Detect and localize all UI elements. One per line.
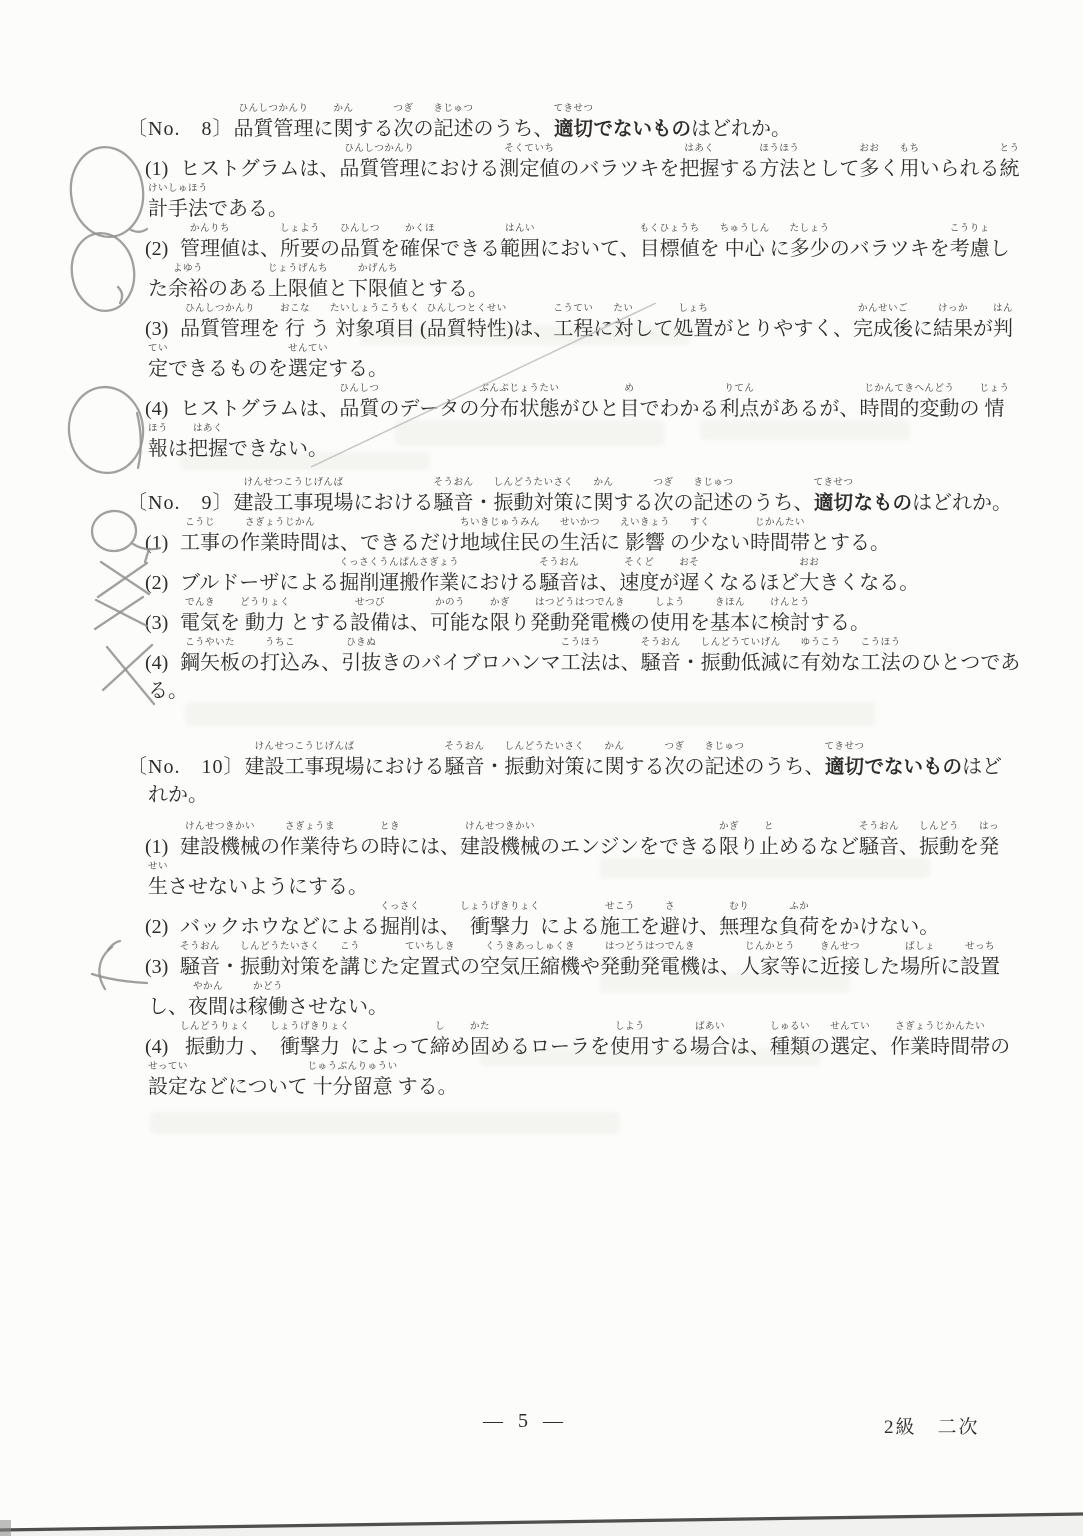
text-segment: に <box>770 236 790 263</box>
text-segment: によって <box>350 1034 430 1061</box>
text-segment: のデータの <box>379 396 479 423</box>
text-segment: の <box>670 530 690 557</box>
text-segment: する <box>614 490 654 517</box>
ruby-segment: けんせつきかい建設機械 <box>460 822 540 861</box>
question-no10-option-2-line-1: (2)バックホウなどによるくっさく掘削は、しょうげきりょく衝撃力によるせこう施工… <box>127 902 1057 942</box>
ruby-segment: はっ発 <box>979 822 999 861</box>
ruby-segment: じょうげんち上限値 <box>268 264 328 303</box>
text-segment: させない。 <box>288 994 388 1021</box>
text-segment: めるなど <box>779 834 859 861</box>
text-segment: る。 <box>148 678 188 705</box>
ruby-segment: ほう報 <box>148 424 168 463</box>
text-segment: である。 <box>208 196 288 223</box>
text-segment: の <box>810 1034 830 1061</box>
ruby-segment: くっさく掘削 <box>380 902 420 941</box>
question-no9-stem-text: けんせつこうじげんば建設工事現場におけるそうおん騒音・しんどうたいさく振動対策に… <box>233 478 1012 517</box>
text-segment: に <box>940 954 960 981</box>
question-no10-option-4-line-1: (4)しんどうりょく振動力、しょうげきりょく衝撃力によってし締めかた固めるローラ… <box>127 1022 1057 1062</box>
ruby-segment: はん判 <box>993 304 1013 343</box>
question-no10-option-4-line-2: せってい設定などについてじゅうぶんりゅうい十分留意する。 <box>127 1062 1057 1102</box>
ruby-segment: そうおん騒音 <box>433 478 473 517</box>
text-segment: があるが、 <box>759 396 859 423</box>
ruby-segment: はつどうはつでんき発動発電機 <box>600 942 700 981</box>
ruby-segment: こうじ工事 <box>180 518 220 557</box>
ruby-segment: じんかとう人家等 <box>740 942 800 981</box>
text-segment: として <box>799 156 859 183</box>
question-no8-option-2-line-2: たよゆう余裕のあるじょうげんち上限値とかげんち下限値とする。 <box>127 264 1057 304</box>
text-segment: に <box>584 754 604 781</box>
option-number: (4) <box>145 650 180 677</box>
question-no8-option-4-line-1: (4)ヒストグラムは、ひんしつ品質のデータのぶんぷじょうたい分布状態がひとめ目で… <box>127 384 1057 424</box>
text-segment: を <box>260 316 280 343</box>
ruby-segment: けっか結果 <box>933 304 973 343</box>
ruby-segment: すく少 <box>690 518 710 557</box>
text-segment: に <box>781 650 801 677</box>
ruby-segment: しんどうたいさく振動対策 <box>493 478 573 517</box>
ruby-segment: じょう情 <box>979 384 1009 423</box>
text-segment: を <box>700 236 720 263</box>
ruby-segment: おこな行 <box>280 304 310 343</box>
text-segment: させないようにする。 <box>168 874 368 901</box>
text-segment: の <box>220 530 240 557</box>
ruby-segment: はあく把握 <box>188 424 228 463</box>
text-segment: は、 <box>579 570 619 597</box>
question-no10: 〔No. 10〕けんせつこうじげんば建設工事現場におけるそうおん騒音・しんどうた… <box>127 742 1057 1102</box>
ruby-segment: ぶんぷじょうたい分布状態 <box>479 384 559 423</box>
question-no9-option-3-line-1: (3)でんき電気をどうりょく動力とするせつび設備は、かのう可能なかぎ限りはつどう… <box>127 598 1057 638</box>
option-number: (2) <box>145 914 180 941</box>
text-segment: めるローラを <box>490 1034 610 1061</box>
ruby-segment: しんどうたいさく振動対策 <box>240 942 320 981</box>
ruby-segment: とき時 <box>380 822 400 861</box>
text-segment: がひと <box>559 396 619 423</box>
ruby-segment: えいきょう影響 <box>620 518 670 557</box>
text-segment: な <box>841 650 861 677</box>
question-no8-label: 〔No. 8〕 <box>127 116 233 143</box>
text-segment: による <box>540 914 600 941</box>
text-segment: く <box>879 156 899 183</box>
ruby-segment: ばしょ場所 <box>900 942 940 981</box>
ruby-segment: かんせいご完成後 <box>853 304 913 343</box>
text-segment: は、 <box>390 610 430 637</box>
text-segment: のバラツキを <box>559 156 679 183</box>
text-segment: し <box>990 236 1010 263</box>
ruby-segment: しょうげきりょく衝撃力 <box>270 1022 350 1061</box>
text-segment: た <box>148 276 168 303</box>
option-number: (1) <box>145 834 180 861</box>
ruby-segment: しよう使用 <box>610 1022 650 1061</box>
text-segment: して <box>633 316 673 343</box>
option-number: (3) <box>145 954 180 981</box>
text-segment: する <box>625 754 665 781</box>
text-segment: う <box>310 316 330 343</box>
ruby-segment: ふか負荷 <box>779 902 819 941</box>
text-segment: を <box>380 236 400 263</box>
text-segment: は、 <box>240 236 280 263</box>
text-segment: じた <box>360 954 400 981</box>
ruby-segment: さぎょうま作業待 <box>280 822 340 861</box>
question-no10-stem-text: けんせつこうじげんば建設工事現場におけるそうおん騒音・しんどうたいさく振動対策に… <box>244 742 1002 781</box>
ruby-segment: そくど速度 <box>619 558 659 597</box>
text-segment: の <box>320 236 340 263</box>
ruby-segment: かげんち下限値 <box>348 264 408 303</box>
text-segment: における <box>364 754 444 781</box>
text-segment: の <box>959 396 979 423</box>
ruby-segment: しょち処置 <box>673 304 713 343</box>
text-segment: する <box>353 116 393 143</box>
ruby-segment: ゆうこう有効 <box>801 638 841 677</box>
ruby-segment: はんい範囲 <box>500 224 540 263</box>
ruby-segment: ひんしつかんり品質管理 <box>180 304 260 343</box>
ruby-segment: ひんしつ品質 <box>340 224 380 263</box>
text-segment: の <box>630 610 650 637</box>
text-segment: のうち、 <box>734 490 814 517</box>
page-number: — 5 — <box>483 1410 568 1433</box>
text-segment: ブルドーザによる <box>180 570 339 597</box>
text-segment: でわかる <box>639 396 719 423</box>
text-segment: に <box>600 530 620 557</box>
text-segment: め <box>450 1034 470 1061</box>
question-no9-option-2-line-1: (2)ブルドーザによるくっさくうんぱんさぎょう掘削運搬作業におけるそうおん騒音は… <box>127 558 1057 598</box>
question-no8-option-3-line-2: てい定できるものをせんてい選定する。 <box>127 344 1057 384</box>
text-segment: ヒストグラムは、 <box>180 156 339 183</box>
ruby-segment: つぎ次 <box>665 742 685 781</box>
question-no10-option-1-line-2: せい生させないようにする。 <box>127 862 1057 902</box>
text-segment: を <box>959 834 979 861</box>
ruby-segment: しんどうたいさく振動対策 <box>504 742 584 781</box>
text-segment: ・ <box>220 954 240 981</box>
text-segment: 、 <box>899 834 919 861</box>
bleedthrough-smudge <box>150 1112 620 1134</box>
text-segment: のひとつであ <box>901 650 1021 677</box>
text-segment: する。 <box>398 1074 458 1101</box>
question-no9-option-4-line-1: (4)こうやいた鋼矢板のうちこ打込み、ひきぬ引抜きのバイブロハンマこうほう工法は… <box>127 638 1057 678</box>
ruby-segment: きんせつ近接 <box>820 942 860 981</box>
text-segment: とする <box>290 610 350 637</box>
ruby-segment: せい生 <box>148 862 168 901</box>
text-segment: の <box>240 650 260 677</box>
ruby-segment: ていちしき定置式 <box>400 942 460 981</box>
option-number: (2) <box>145 236 180 263</box>
text-segment: の <box>260 834 280 861</box>
ruby-segment: こうほう工法 <box>861 638 901 677</box>
ruby-segment: せっち設置 <box>960 942 1000 981</box>
text-segment: の <box>674 490 694 517</box>
ruby-segment: たい対 <box>613 304 633 343</box>
question-no8-option-1-line-2: けいしゅほう計手法である。 <box>127 184 1057 224</box>
text-segment: に <box>750 610 770 637</box>
ruby-segment: かぎ限 <box>490 598 510 637</box>
text-segment: に <box>800 954 820 981</box>
question-no9-option-1-line-1: (1)こうじ工事のさぎょうじかん作業時間は、できるだけちいきじゅうみん地域住民の… <box>127 518 1057 558</box>
ruby-segment: きじゅつ記述 <box>705 742 745 781</box>
scan-bottom-edge <box>0 1514 1083 1536</box>
option-number: (1) <box>145 530 180 557</box>
ruby-segment: かぎ限 <box>719 822 739 861</box>
ruby-segment: し締 <box>430 1022 450 1061</box>
ruby-segment: かどう稼働 <box>248 982 288 1021</box>
ruby-segment: しんどうていげん振動低減 <box>701 638 781 677</box>
ruby-segment: しんどう振動 <box>919 822 959 861</box>
ruby-segment: くうきあっしゅくき空気圧縮機 <box>480 942 580 981</box>
ruby-segment: ほうほう方法 <box>759 144 799 183</box>
text-segment: した <box>860 954 900 981</box>
text-segment: ( <box>420 316 427 343</box>
text-segment: がとりやすく、 <box>713 316 853 343</box>
text-segment: は <box>168 436 188 463</box>
text-segment: や <box>580 954 600 981</box>
text-segment: け、 <box>680 914 719 941</box>
text-segment: バックホウなどによる <box>180 914 380 941</box>
text-segment: には、 <box>400 834 460 861</box>
text-segment: み、 <box>300 650 341 677</box>
ruby-segment: よゆう余裕 <box>168 264 208 303</box>
question-no10-option-3-line-1: (3)そうおん騒音・しんどうたいさく振動対策をこう講じたていちしき定置式のくうき… <box>127 942 1057 982</box>
option-number: (4) <box>145 1034 180 1061</box>
text-segment: において、 <box>540 236 640 263</box>
option-number: (3) <box>145 610 180 637</box>
text-segment: の <box>413 116 433 143</box>
ruby-segment: せいかつ生活 <box>560 518 600 557</box>
ruby-segment: ひんしつかんり品質管理 <box>233 104 313 143</box>
ruby-segment: しんどうりょく振動力 <box>180 1022 250 1061</box>
ruby-segment: そうおん騒音 <box>444 742 484 781</box>
text-segment: でないもの <box>594 116 692 143</box>
ruby-segment: てきせつ適切 <box>814 478 854 517</box>
ruby-segment: きほん基本 <box>710 598 750 637</box>
ruby-segment: じかんてきへんどう時間的変動 <box>859 384 959 423</box>
ruby-segment: こうりょ考慮 <box>950 224 990 263</box>
ruby-segment: けんせつきかい建設機械 <box>180 822 260 861</box>
text-segment: 、 <box>870 1034 890 1061</box>
text-segment: でないもの <box>865 754 963 781</box>
ruby-segment: かん関 <box>333 104 353 143</box>
text-segment: とする。 <box>408 276 488 303</box>
ruby-segment: せこう施工 <box>600 902 640 941</box>
ruby-segment: たいしょうこうもく対象項目 <box>330 304 420 343</box>
ruby-segment: こうほう工法 <box>561 638 601 677</box>
question-no10-option-3-line-2: し、やかん夜間はかどう稼働させない。 <box>127 982 1057 1022</box>
ruby-segment: さ避 <box>660 902 680 941</box>
ruby-segment: ひんしつ品質 <box>339 384 379 423</box>
ruby-segment: かくほ確保 <box>400 224 440 263</box>
question-no8-option-2-line-1: (2)かんりち管理値は、しょよう所要のひんしつ品質をかくほ確保できるはんい範囲に… <box>127 224 1057 264</box>
ruby-segment: こう講 <box>340 942 360 981</box>
text-segment: と <box>328 276 348 303</box>
text-segment: の <box>990 1034 1010 1061</box>
scanned-exam-page: 〔No. 8〕ひんしつかんり品質管理にかん関するつぎ次のきじゅつ記述のうち、てき… <box>0 0 1083 1536</box>
exam-edition-label: 2級 二次 <box>884 1412 980 1439</box>
question-no8: 〔No. 8〕ひんしつかんり品質管理にかん関するつぎ次のきじゅつ記述のうち、てき… <box>127 104 1057 464</box>
text-segment: ・ <box>484 754 504 781</box>
question-no10-label: 〔No. 10〕 <box>127 754 244 781</box>
ruby-segment: でんき電気 <box>180 598 220 637</box>
text-segment: し、 <box>148 994 188 1021</box>
text-segment: を <box>640 914 660 941</box>
text-segment: を <box>320 954 340 981</box>
option-number: (4) <box>145 396 180 423</box>
ruby-segment: もくひょうち目標値 <box>640 224 700 263</box>
text-segment: は、 <box>420 914 460 941</box>
text-segment: に <box>573 490 593 517</box>
ruby-segment: そうおん騒音 <box>859 822 899 861</box>
text-segment: に <box>593 316 613 343</box>
text-segment: はど <box>962 754 1002 781</box>
ruby-segment: さぎょうじかんたい作業時間帯 <box>890 1022 990 1061</box>
text-segment: くなるほど <box>699 570 799 597</box>
text-segment: な <box>470 610 490 637</box>
ruby-segment: ばあい場合 <box>690 1022 730 1061</box>
ruby-segment: せんてい選定 <box>830 1022 870 1061</box>
question-no9-option-4-line-2: る。 <box>127 678 1057 718</box>
ruby-segment: さぎょうじかん作業時間 <box>240 518 320 557</box>
ruby-segment: てきせつ適切 <box>825 742 865 781</box>
text-segment: ・ <box>681 650 701 677</box>
text-segment: は、 <box>601 650 641 677</box>
text-segment: の <box>685 754 705 781</box>
text-segment: における <box>459 570 539 597</box>
text-segment: はどれか。 <box>691 116 791 143</box>
ruby-segment: おお大 <box>799 558 819 597</box>
text-segment: )は、 <box>507 316 554 343</box>
ruby-segment: しょうげきりょく衝撃力 <box>460 902 540 941</box>
ruby-segment: とう統 <box>999 144 1019 183</box>
text-segment: きくなる。 <box>819 570 919 597</box>
ruby-segment: め目 <box>619 384 639 423</box>
question-no8-option-1-line-1: (1)ヒストグラムは、ひんしつかんり品質管理におけるそくていち測定値のバラツキを… <box>127 144 1057 184</box>
text-segment: ない <box>710 530 750 557</box>
ruby-segment: けんせつこうじげんば建設工事現場 <box>244 742 364 781</box>
ruby-segment: せってい設定 <box>148 1062 188 1101</box>
text-segment: のうち、 <box>474 116 554 143</box>
ruby-segment: きじゅつ記述 <box>694 478 734 517</box>
ruby-segment: しゅるい種類 <box>770 1022 810 1061</box>
text-segment: に <box>313 116 333 143</box>
text-segment: できる <box>440 236 500 263</box>
ruby-segment: こうやいた鋼矢板 <box>180 638 240 677</box>
ruby-segment: りてん利点 <box>719 384 759 423</box>
text-segment: とする。 <box>810 530 890 557</box>
option-number: (1) <box>145 156 180 183</box>
text-segment: のバラツキを <box>830 236 950 263</box>
question-no8-option-3-line-1: (3)ひんしつかんり品質管理をおこな行うたいしょうこうもく対象項目(ひんしつとく… <box>127 304 1057 344</box>
ruby-segment: と止 <box>759 822 779 861</box>
text-segment: な <box>759 914 779 941</box>
ruby-segment: ひんしつとくせい品質特性 <box>427 304 507 343</box>
ruby-segment: つぎ次 <box>393 104 413 143</box>
text-segment: できるものを <box>168 356 288 383</box>
text-segment: り <box>739 834 759 861</box>
text-segment: り <box>510 610 530 637</box>
text-segment: 、 <box>250 1034 270 1061</box>
option-number: (3) <box>145 316 180 343</box>
text-segment: する <box>650 1034 690 1061</box>
text-segment: する。 <box>810 610 870 637</box>
ruby-segment: しょよう所要 <box>280 224 320 263</box>
ruby-segment: かんりち管理値 <box>180 224 240 263</box>
text-segment: のある <box>208 276 268 303</box>
ruby-segment: けんとう検討 <box>770 598 810 637</box>
text-segment: を <box>690 610 710 637</box>
ruby-segment: じゅうぶんりゅうい十分留意 <box>308 1062 398 1101</box>
question-no9-stem: 〔No. 9〕けんせつこうじげんば建設工事現場におけるそうおん騒音・しんどうたい… <box>127 478 1057 518</box>
ruby-segment: てきせつ適切 <box>554 104 594 143</box>
ruby-segment: やかん夜間 <box>188 982 228 1021</box>
ruby-segment: かのう可能 <box>430 598 470 637</box>
text-segment: のうち、 <box>745 754 825 781</box>
ruby-segment: そうおん騒音 <box>180 942 220 981</box>
question-no8-stem: 〔No. 8〕ひんしつかんり品質管理にかん関するつぎ次のきじゅつ記述のうち、てき… <box>127 104 1057 144</box>
ruby-segment: かん関 <box>604 742 624 781</box>
text-segment: の <box>460 954 480 981</box>
text-segment: が <box>973 316 993 343</box>
ruby-segment: そうおん騒音 <box>539 558 579 597</box>
question-no10-stem-line-1: 〔No. 10〕けんせつこうじげんば建設工事現場におけるそうおん騒音・しんどうた… <box>127 742 1057 782</box>
text-segment: における <box>419 156 499 183</box>
ruby-segment: せつび設備 <box>350 598 390 637</box>
ruby-segment: むり無理 <box>719 902 759 941</box>
question-no10-stem-line-2: れか。 <box>127 782 1057 822</box>
text-segment: する <box>719 156 759 183</box>
ruby-segment: けんせつこうじげんば建設工事現場 <box>233 478 353 517</box>
text-segment: ちの <box>340 834 380 861</box>
text-segment: が <box>659 570 679 597</box>
ruby-segment: じかんたい時間帯 <box>750 518 810 557</box>
text-segment: は <box>228 994 248 1021</box>
text-segment: いられる <box>919 156 999 183</box>
ruby-segment: うちこ打込 <box>260 638 300 677</box>
text-segment: は、できるだけ <box>320 530 460 557</box>
text-segment: なもの <box>854 490 913 517</box>
ruby-segment: かた固 <box>470 1022 490 1061</box>
ruby-segment: ちいきじゅうみん地域住民 <box>460 518 540 557</box>
text-segment: できない。 <box>228 436 328 463</box>
question-no9-label: 〔No. 9〕 <box>127 490 233 517</box>
text-segment: する。 <box>328 356 388 383</box>
text-segment: をかけない。 <box>819 914 939 941</box>
ruby-segment: ひんしつかんり品質管理 <box>339 144 419 183</box>
ruby-segment: かん関 <box>593 478 613 517</box>
text-segment: などについて <box>188 1074 308 1101</box>
question-no8-stem-text: ひんしつかんり品質管理にかん関するつぎ次のきじゅつ記述のうち、てきせつ適切でない… <box>233 104 791 143</box>
text-segment: における <box>353 490 433 517</box>
option-number: (2) <box>145 570 180 597</box>
ruby-segment: くっさくうんぱんさぎょう掘削運搬作業 <box>339 558 459 597</box>
ruby-segment: おお多 <box>859 144 879 183</box>
text-segment: の <box>540 530 560 557</box>
question-no9: 〔No. 9〕けんせつこうじげんば建設工事現場におけるそうおん騒音・しんどうたい… <box>127 478 1057 718</box>
ruby-segment: きじゅつ記述 <box>433 104 473 143</box>
text-segment: は、 <box>730 1034 770 1061</box>
text-segment: に <box>913 316 933 343</box>
ruby-segment: どうりょく動力 <box>240 598 290 637</box>
ruby-segment: ひきぬ引抜 <box>341 638 381 677</box>
ruby-segment: そくていち測定値 <box>499 144 559 183</box>
ruby-segment: そうおん騒音 <box>641 638 681 677</box>
ruby-segment: ちゅうしん中心 <box>720 224 770 263</box>
ruby-segment: しよう使用 <box>650 598 690 637</box>
ruby-segment: せんてい選定 <box>288 344 328 383</box>
ruby-segment: はつどうはつでんき発動発電機 <box>530 598 630 637</box>
text-segment: ・ <box>473 490 493 517</box>
text-segment: のエンジンをできる <box>540 834 719 861</box>
text-segment: きのバイブロハンマ <box>381 650 560 677</box>
ruby-segment: けいしゅほう計手法 <box>148 184 208 223</box>
text-segment: は、 <box>700 954 740 981</box>
text-segment: れか。 <box>148 782 208 809</box>
question-no10-option-1-line-1: (1)けんせつきかい建設機械のさぎょうま作業待ちのとき時には、けんせつきかい建設… <box>127 822 1057 862</box>
ruby-segment: こうてい工程 <box>553 304 593 343</box>
